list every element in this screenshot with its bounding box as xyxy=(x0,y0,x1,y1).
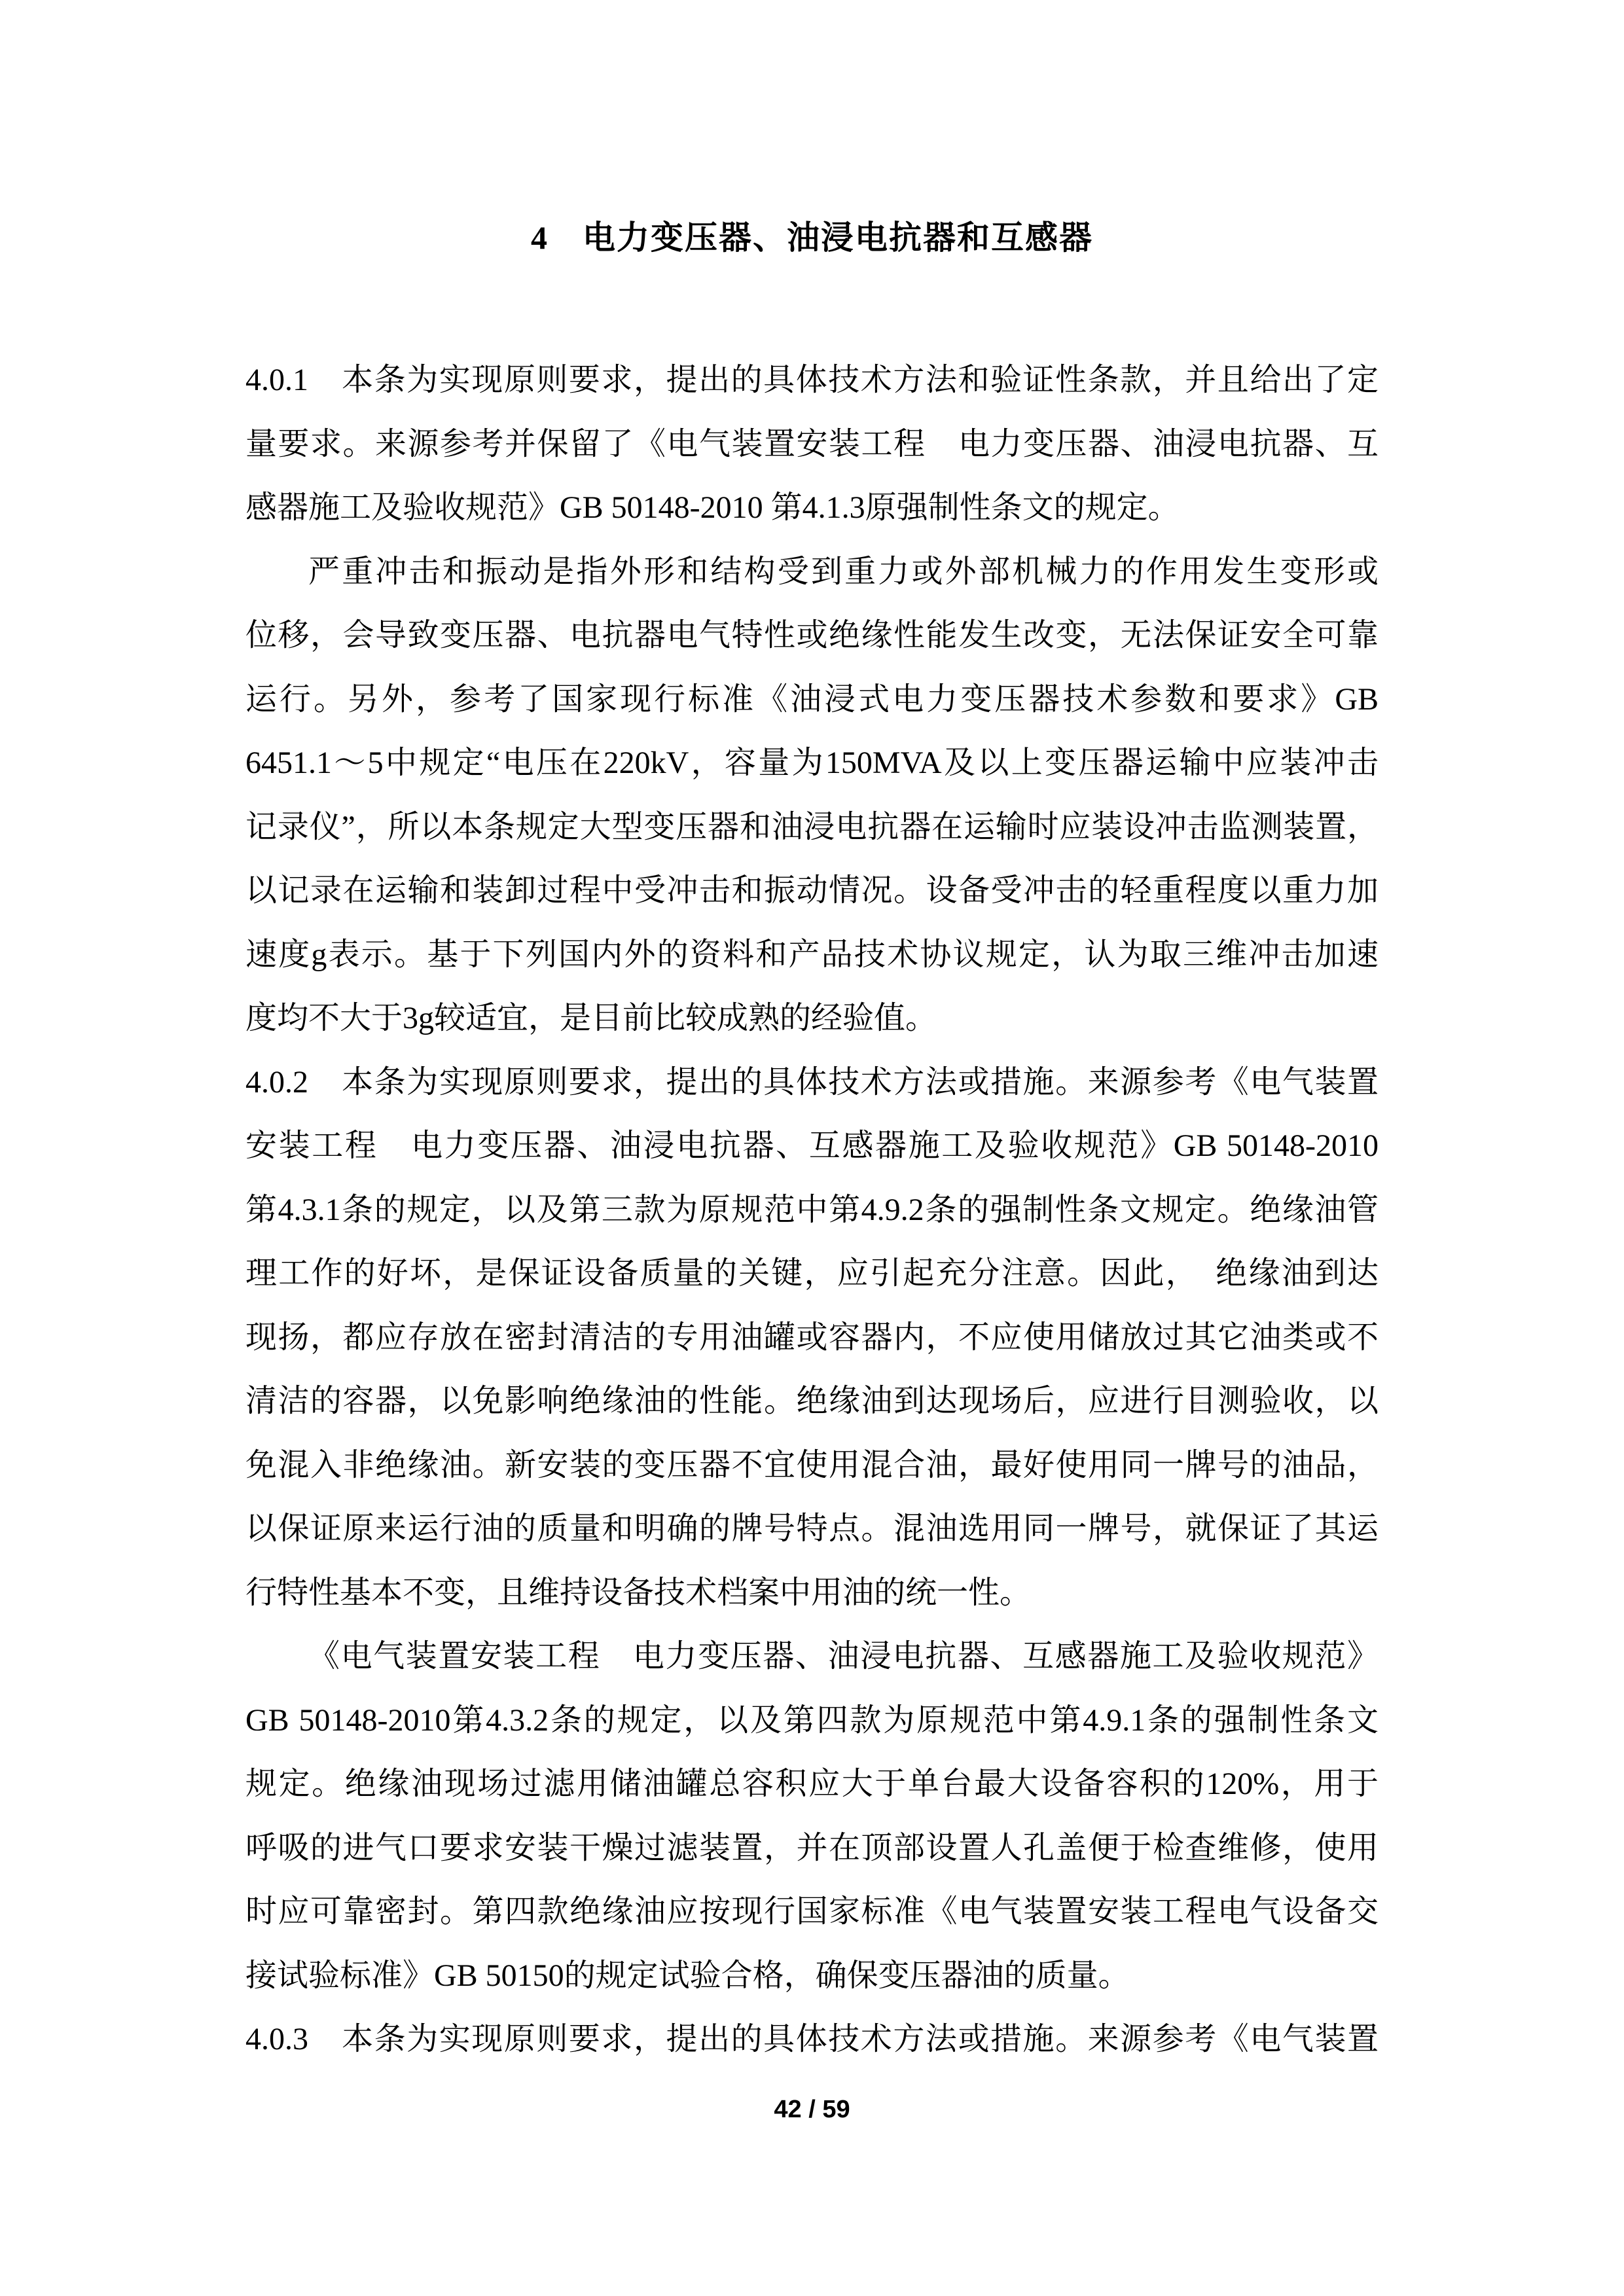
document-page: 4 电力变压器、油浸电抗器和互感器 4.0.1 本条为实现原则要求，提出的具体技… xyxy=(0,0,1624,2296)
text-line: 4.0.1 本条为实现原则要求，提出的具体技术方法和验证性条款，并且给出了定 xyxy=(245,348,1379,412)
text-line: 清洁的容器，以免影响绝缘油的性能。绝缘油到达现场后，应进行目测验收，以 xyxy=(245,1369,1379,1433)
text-line: 以保证原来运行油的质量和明确的牌号特点。混油选用同一牌号，就保证了其运 xyxy=(245,1497,1379,1561)
text-line: 6451.1～5中规定“电压在220kV，容量为150MVA及以上变压器运输中应… xyxy=(245,731,1379,795)
text-line: 感器施工及验收规范》GB 50148-2010 第4.1.3原强制性条文的规定。 xyxy=(245,476,1379,540)
text-line: 速度g表示。基于下列国内外的资料和产品技术协议规定，认为取三维冲击加速 xyxy=(245,923,1379,987)
text-line: 量要求。来源参考并保留了《电气装置安装工程 电力变压器、油浸电抗器、互 xyxy=(245,412,1379,476)
text-line: 免混入非绝缘油。新安装的变压器不宜使用混合油，最好使用同一牌号的油品， xyxy=(245,1433,1379,1498)
text-line: 4.0.2 本条为实现原则要求，提出的具体技术方法或措施。来源参考《电气装置 xyxy=(245,1050,1379,1115)
page-number: 42 / 59 xyxy=(0,2096,1624,2123)
text-line: 位移，会导致变压器、电抗器电气特性或绝缘性能发生改变，无法保证安全可靠 xyxy=(245,603,1379,668)
section-title: 4 电力变压器、油浸电抗器和互感器 xyxy=(0,221,1624,255)
text-line: 4.0.3 本条为实现原则要求，提出的具体技术方法或措施。来源参考《电气装置 xyxy=(245,2007,1379,2072)
text-line: 规定。绝缘油现场过滤用储油罐总容积应大于单台最大设备容积的120%，用于 xyxy=(245,1752,1379,1816)
text-line: 以记录在运输和装卸过程中受冲击和振动情况。设备受冲击的轻重程度以重力加 xyxy=(245,859,1379,923)
text-line: 记录仪”，所以本条规定大型变压器和油浸电抗器在运输时应装设冲击监测装置， xyxy=(245,795,1379,859)
text-line: 《电气装置安装工程 电力变压器、油浸电抗器、互感器施工及验收规范》 xyxy=(245,1624,1379,1689)
document-body: 4.0.1 本条为实现原则要求，提出的具体技术方法和验证性条款，并且给出了定量要… xyxy=(245,348,1379,2072)
text-line: 行特性基本不变，且维持设备技术档案中用油的统一性。 xyxy=(245,1561,1379,1625)
text-line: 度均不大于3g较适宜，是目前比较成熟的经验值。 xyxy=(245,986,1379,1050)
text-line: 呼吸的进气口要求安装干燥过滤装置，并在顶部设置人孔盖便于检查维修，使用 xyxy=(245,1816,1379,1880)
text-line: GB 50148-2010第4.3.2条的规定，以及第四款为原规范中第4.9.1… xyxy=(245,1689,1379,1753)
text-line: 安装工程 电力变压器、油浸电抗器、互感器施工及验收规范》GB 50148-201… xyxy=(245,1114,1379,1178)
text-line: 第4.3.1条的规定，以及第三款为原规范中第4.9.2条的强制性条文规定。绝缘油… xyxy=(245,1178,1379,1242)
text-line: 理工作的好坏，是保证设备质量的关键，应引起充分注意。因此， 绝缘油到达 xyxy=(245,1242,1379,1306)
text-line: 时应可靠密封。第四款绝缘油应按现行国家标准《电气装置安装工程电气设备交 xyxy=(245,1880,1379,1944)
text-line: 接试验标准》GB 50150的规定试验合格，确保变压器油的质量。 xyxy=(245,1944,1379,2008)
text-line: 运行。另外，参考了国家现行标准《油浸式电力变压器技术参数和要求》GB xyxy=(245,668,1379,732)
text-line: 现扬，都应存放在密封清洁的专用油罐或容器内，不应使用储放过其它油类或不 xyxy=(245,1306,1379,1370)
text-line: 严重冲击和振动是指外形和结构受到重力或外部机械力的作用发生变形或 xyxy=(245,540,1379,604)
